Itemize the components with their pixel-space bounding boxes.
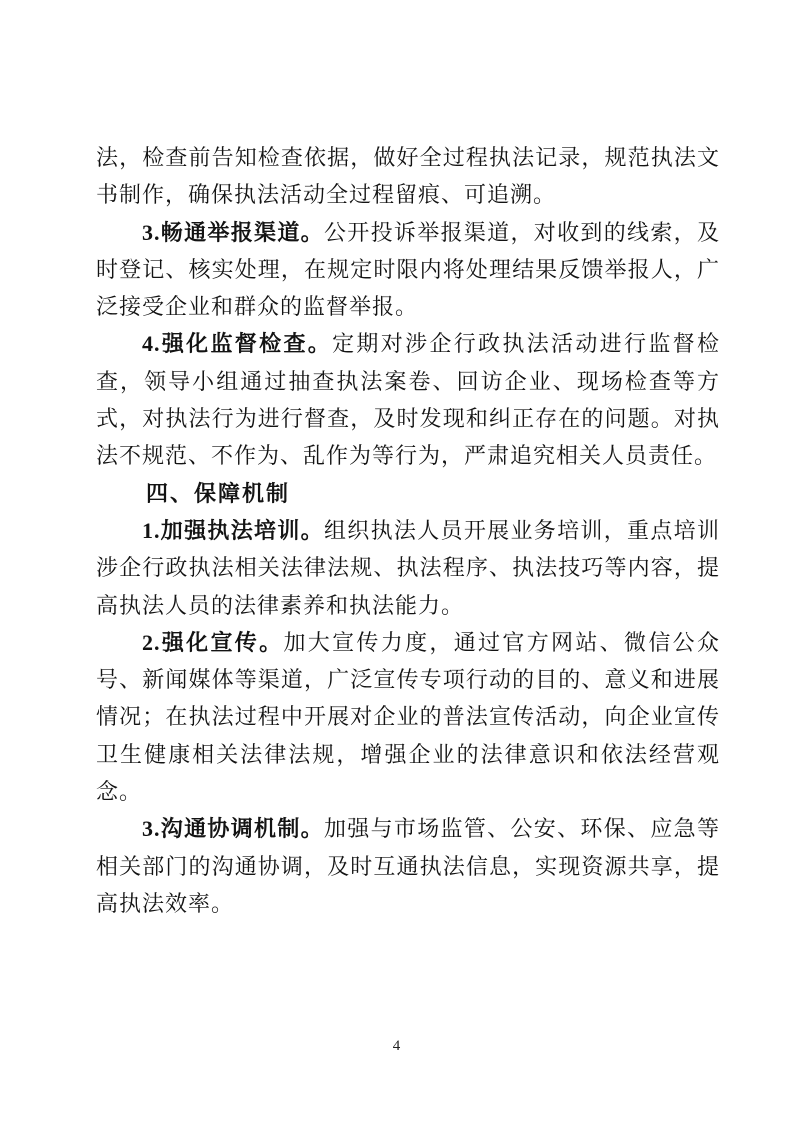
page-number: 4 — [0, 1038, 793, 1055]
paragraph-lead: 2.强化宣传。 — [142, 630, 283, 655]
paragraph-lead: 4.强化监督检查。 — [142, 331, 332, 356]
document-body: 法，检查前告知检查依据，做好全过程执法记录，规范执法文书制作，确保执法活动全过程… — [96, 139, 720, 922]
paragraph-lead: 1.加强执法培训。 — [142, 518, 324, 543]
paragraph-item-3-coordination: 3.沟通协调机制。加强与市场监管、公安、环保、应急等相关部门的沟通协调，及时互通… — [96, 810, 720, 922]
document-page: 法，检查前告知检查依据，做好全过程执法记录，规范执法文书制作，确保执法活动全过程… — [0, 0, 793, 1122]
paragraph-item-4-supervision: 4.强化监督检查。定期对涉企行政执法活动进行监督检查，领导小组通过抽查执法案卷、… — [96, 325, 720, 474]
paragraph-item-3-report-channels: 3.畅通举报渠道。公开投诉举报渠道，对收到的线索，及时登记、核实处理，在规定时限… — [96, 214, 720, 326]
paragraph-text: 法，检查前告知检查依据，做好全过程执法记录，规范执法文书制作，确保执法活动全过程… — [96, 145, 720, 207]
paragraph-text: 加大宣传力度，通过官方网站、微信公众号、新闻媒体等渠道，广泛宣传专项行动的目的、… — [96, 630, 720, 804]
paragraph-lead: 3.畅通举报渠道。 — [142, 220, 324, 245]
paragraph-continuation: 法，检查前告知检查依据，做好全过程执法记录，规范执法文书制作，确保执法活动全过程… — [96, 139, 720, 214]
paragraph-item-2-publicity: 2.强化宣传。加大宣传力度，通过官方网站、微信公众号、新闻媒体等渠道，广泛宣传专… — [96, 624, 720, 810]
section-heading-safeguard-mechanism: 四、保障机制 — [96, 475, 720, 512]
paragraph-lead: 3.沟通协调机制。 — [142, 816, 324, 841]
paragraph-item-1-training: 1.加强执法培训。组织执法人员开展业务培训，重点培训涉企行政执法相关法律法规、执… — [96, 512, 720, 624]
